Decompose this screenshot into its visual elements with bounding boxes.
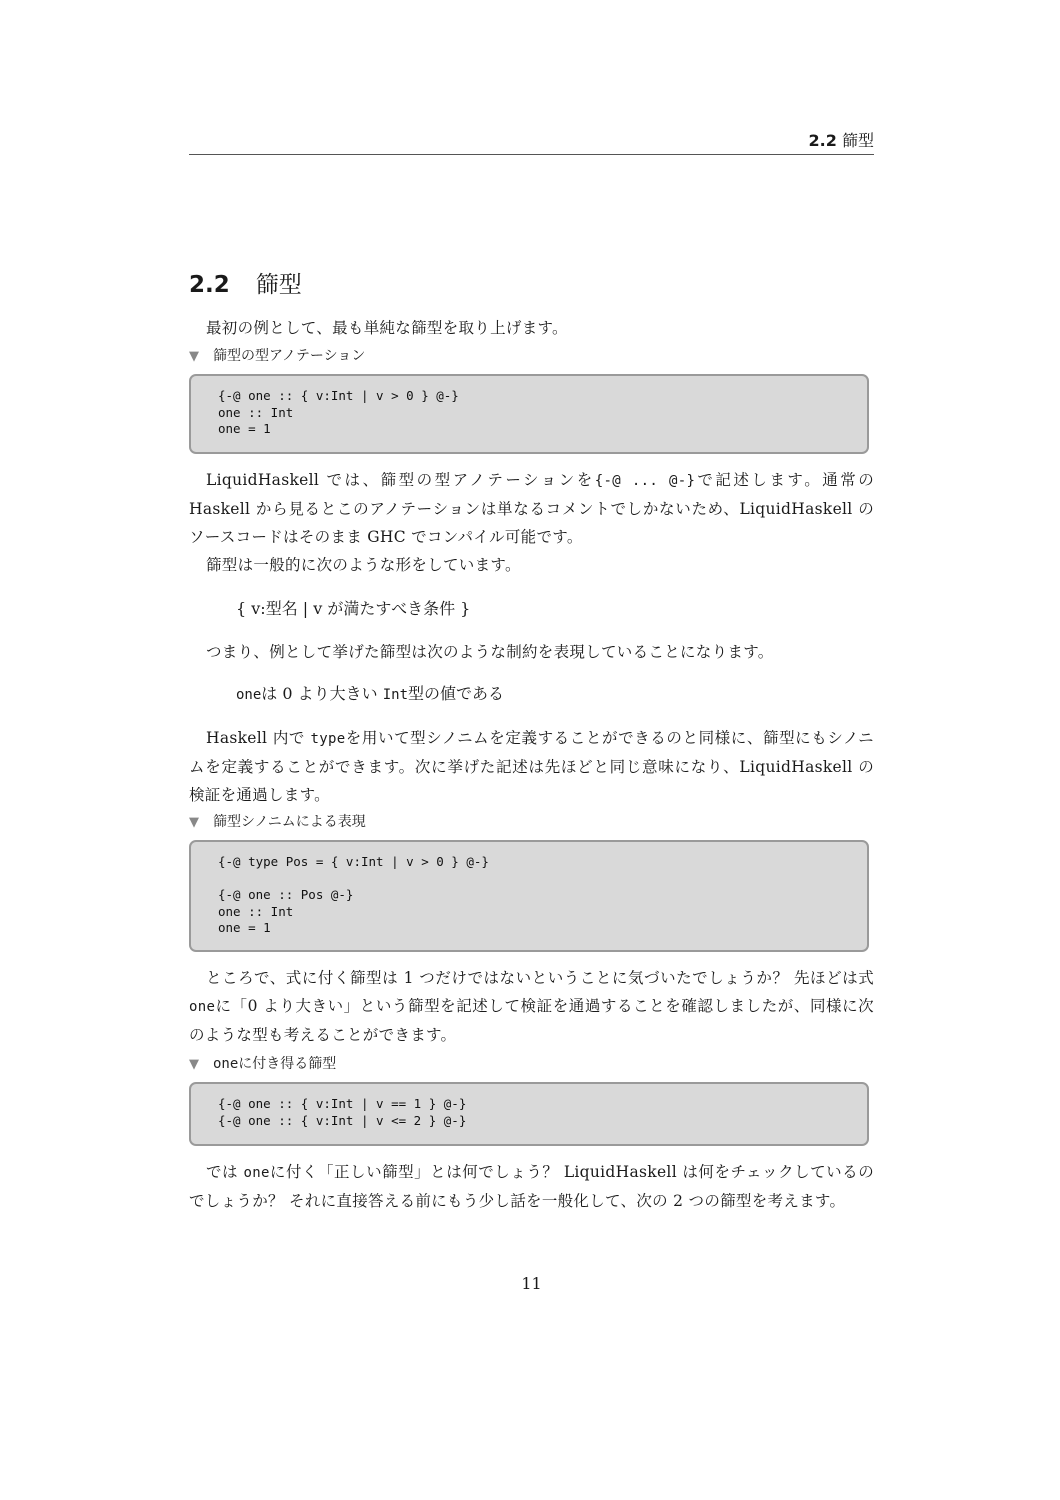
caption-text: 篩型の型アノテーション [213, 348, 365, 364]
section-number: 2.2 [189, 272, 230, 298]
caption-code: one [213, 1056, 238, 1072]
listing-caption-2: ▼篩型シノニムによる表現 [189, 811, 366, 831]
paragraph-constraint: つまり、例として挙げた篩型は次のような制約を表現していることになります。 [189, 638, 874, 666]
inline-code: one [189, 999, 215, 1015]
section-title-text: 篩型 [256, 272, 302, 298]
code-listing-2: {-@ type Pos = { v:Int | v > 0 } @-} {-@… [189, 840, 869, 952]
paragraph-text: ところで、式に付く篩型は 1 つだけではないということに気づいたでしょうか？ 先… [189, 964, 874, 1049]
caption-text: 篩型シノニムによる表現 [213, 814, 366, 830]
text-span: では [206, 1163, 244, 1181]
paragraph-text: 篩型は一般的に次のような形をしています。 [189, 551, 874, 579]
paragraph-text: では oneに付く「正しい篩型」とは何でしょう？ LiquidHaskell は… [189, 1158, 874, 1215]
paragraph-text: LiquidHaskell では、篩型の型アノテーションを{-@ ... @-}… [189, 466, 874, 551]
triangle-down-icon: ▼ [189, 349, 199, 364]
text-span: Haskell 内で [206, 729, 311, 747]
paragraph-intro: 最初の例として、最も単純な篩型を取り上げます。 [189, 314, 874, 342]
listing-caption-1: ▼篩型の型アノテーション [189, 345, 365, 365]
inline-code: one [244, 1165, 270, 1181]
running-header-title: 篩型 [842, 131, 874, 150]
paragraph-annotation-syntax: LiquidHaskell では、篩型の型アノテーションを{-@ ... @-}… [189, 466, 874, 579]
text-span: 型の値である [408, 684, 504, 703]
caption-text: に付き得る篩型 [238, 1056, 336, 1072]
paragraph-text: 最初の例として、最も単純な篩型を取り上げます。 [189, 314, 874, 342]
code-text: {-@ type Pos = { v:Int | v > 0 } @-} {-@… [218, 854, 840, 937]
display-formula-2: oneは 0 より大きい Int型の値である [236, 681, 504, 704]
paragraph-multiple-types: ところで、式に付く篩型は 1 つだけではないということに気づいたでしょうか？ 先… [189, 964, 874, 1049]
text-span: に付く「正しい篩型」とは何でしょう？ LiquidHaskell は何をチェック… [189, 1163, 874, 1210]
inline-code: Int [383, 687, 408, 703]
code-listing-1: {-@ one :: { v:Int | v > 0 } @-} one :: … [189, 374, 869, 454]
code-text: {-@ one :: { v:Int | v > 0 } @-} one :: … [218, 388, 840, 438]
text-span: LiquidHaskell では、篩型の型アノテーションを [206, 471, 595, 489]
running-header: 2.2 篩型 [189, 128, 874, 155]
paragraph-correct-type: では oneに付く「正しい篩型」とは何でしょう？ LiquidHaskell は… [189, 1158, 874, 1215]
triangle-down-icon: ▼ [189, 1057, 199, 1072]
display-formula-1: { v:型名 | v が満たすべき条件 } [236, 596, 470, 619]
text-span: は 0 より大きい [261, 684, 382, 703]
triangle-down-icon: ▼ [189, 815, 199, 830]
inline-code: one [236, 687, 261, 703]
page-number: 11 [189, 1274, 874, 1293]
code-listing-3: {-@ one :: { v:Int | v == 1 } @-} {-@ on… [189, 1082, 869, 1146]
paragraph-text: Haskell 内で typeを用いて型シノニムを定義することができるのと同様に… [189, 724, 874, 809]
running-header-number: 2.2 [809, 131, 837, 150]
listing-caption-3: ▼oneに付き得る篩型 [189, 1053, 336, 1073]
paragraph-text: つまり、例として挙げた篩型は次のような制約を表現していることになります。 [189, 638, 874, 666]
section-heading: 2.2篩型 [189, 266, 302, 299]
inline-code: {-@ ... @-} [595, 473, 695, 489]
inline-code: type [311, 731, 346, 747]
code-text: {-@ one :: { v:Int | v == 1 } @-} {-@ on… [218, 1096, 840, 1129]
text-span: ところで、式に付く篩型は 1 つだけではないということに気づいたでしょうか？ 先… [206, 969, 874, 987]
paragraph-synonym: Haskell 内で typeを用いて型シノニムを定義することができるのと同様に… [189, 724, 874, 809]
text-span: に「0 より大きい」という篩型を記述して検証を通過することを確認しましたが、同様… [189, 997, 874, 1044]
